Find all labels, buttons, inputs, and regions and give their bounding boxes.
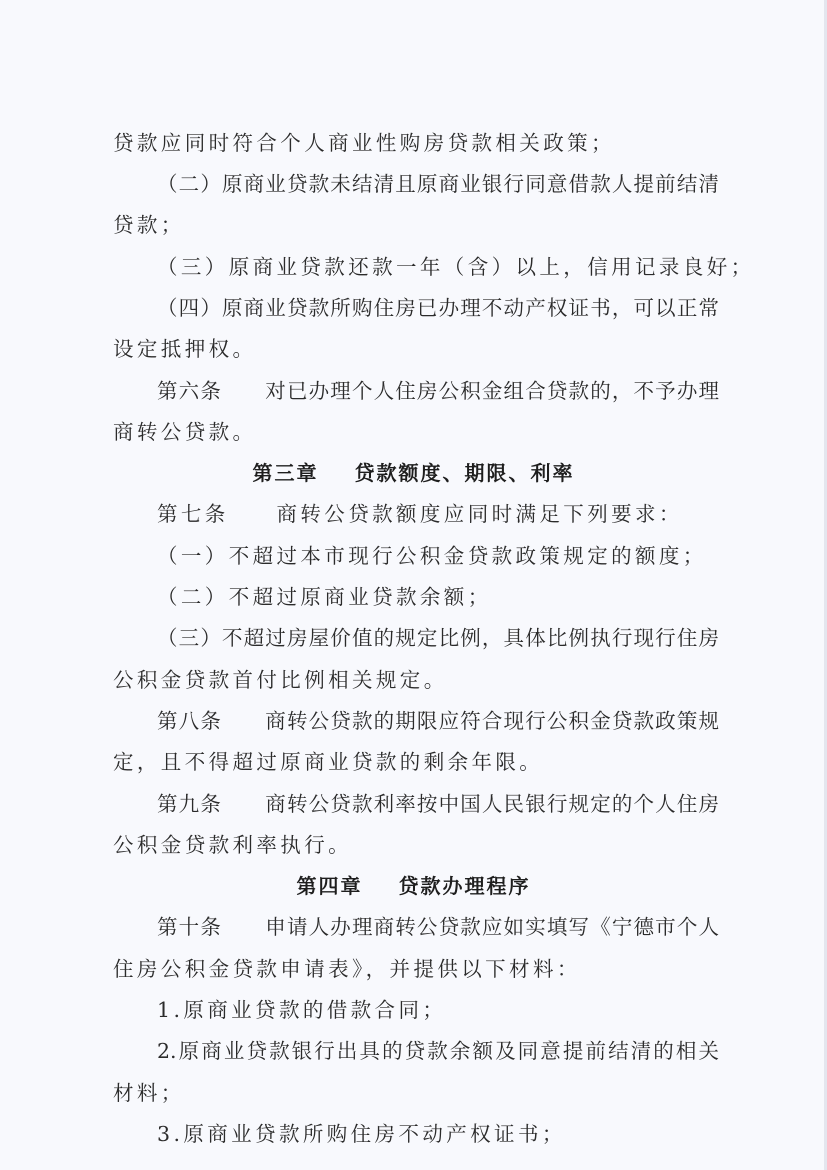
article-7-item-3-line-2: 公积金贷款首付比例相关规定。 [113, 666, 448, 694]
clause-2-line-1: （二）原商业贷款未结清且原商业银行同意借款人提前结清 [157, 170, 719, 198]
chapter-3-heading: 第三章贷款额度、期限、利率 [0, 459, 827, 487]
article-10-line-2: 住房公积金贷款申请表》，并提供以下材料： [113, 955, 581, 983]
clause-4-line-2: 设定抵押权。 [113, 335, 256, 363]
article-10-line-1: 第十条 申请人办理商转公贷款应如实填写《宁德市个人 [157, 913, 719, 941]
chapter-4-heading: 第四章贷款办理程序 [0, 872, 827, 900]
article-7-item-1: （一）不超过本市现行公积金贷款政策规定的额度； [157, 542, 707, 570]
text-line-policy-continuation: 贷款应同时符合个人商业性购房贷款相关政策； [113, 129, 615, 157]
article-8-line-1: 第八条 商转公贷款的期限应符合现行公积金贷款政策规 [157, 707, 719, 735]
article-7: 第七条 商转公贷款额度应同时满足下列要求： [157, 500, 683, 528]
scan-speck [408, 1128, 410, 1130]
clause-3: （三）原商业贷款还款一年（含）以上，信用记录良好； [157, 253, 755, 281]
article-6-line-2: 商转公贷款。 [113, 418, 256, 446]
chapter-4-title: 贷款办理程序 [399, 874, 531, 898]
chapter-4-number: 第四章 [297, 874, 363, 898]
material-item-1: 1.原商业贷款的借款合同； [157, 996, 446, 1024]
chapter-3-number: 第三章 [253, 461, 319, 485]
material-item-3: 3.原商业贷款所购住房不动产权证书； [157, 1120, 566, 1148]
article-9-line-2: 公积金贷款利率执行。 [113, 831, 352, 859]
article-7-item-3-line-1: （三）不超过房屋价值的规定比例，具体比例执行现行住房 [157, 624, 719, 652]
clause-4-line-1: （四）原商业贷款所购住房已办理不动产权证书，可以正常 [157, 294, 719, 322]
material-item-2-line-2: 材料； [113, 1079, 185, 1107]
clause-2-line-2: 贷款； [113, 211, 185, 239]
article-9-line-1: 第九条 商转公贷款利率按中国人民银行规定的个人住房 [157, 790, 719, 818]
scan-speck [602, 1049, 604, 1051]
document-page: 贷款应同时符合个人商业性购房贷款相关政策； （二）原商业贷款未结清且原商业银行同… [0, 0, 827, 1170]
material-item-2-line-1: 2.原商业贷款银行出具的贷款余额及同意提前结清的相关 [157, 1037, 719, 1065]
article-8-line-2: 定，且不得超过原商业贷款的剩余年限。 [113, 748, 543, 776]
article-6-line-1: 第六条 对已办理个人住房公积金组合贷款的，不予办理 [157, 377, 719, 405]
article-7-item-2: （二）不超过原商业贷款余额； [157, 583, 492, 611]
chapter-3-title: 贷款额度、期限、利率 [355, 461, 575, 485]
